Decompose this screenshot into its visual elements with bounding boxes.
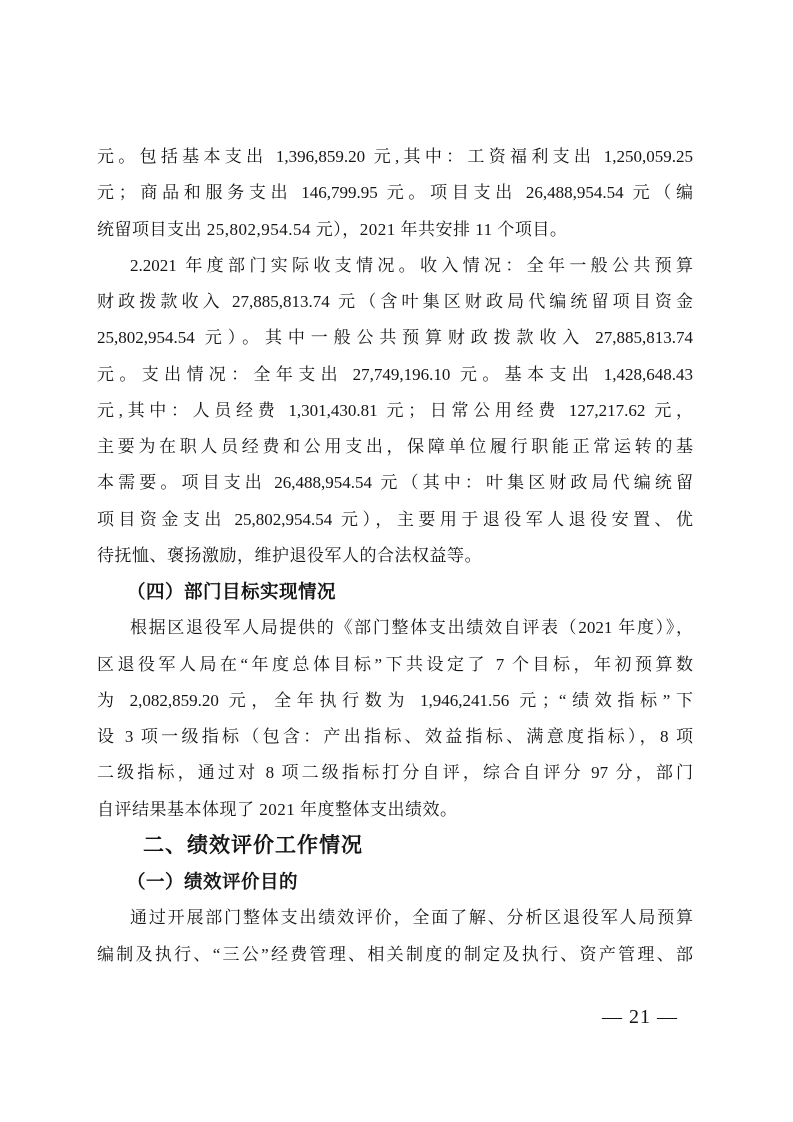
document-line: 待抚恤、褒扬激励，维护退役军人的合法权益等。 [97, 538, 693, 574]
subsection-heading: （四）部门目标实现情况 [97, 574, 693, 610]
document-line: 区退役军人局在“年度总体目标”下共设定了 7 个目标，年初预算数 [97, 647, 693, 683]
document-line: 主要为在职人员经费和公用支出，保障单位履行职能正常运转的基 [97, 429, 693, 465]
document-line: 元。支出情况：全年支出 27,749,196.10 元。基本支出 1,428,6… [97, 357, 693, 393]
document-line: 25,802,954.54 元）。其中一般公共预算财政拨款收入 27,885,8… [97, 320, 693, 356]
document-line: 元；商品和服务支出 146,799.95 元。项目支出 26,488,954.5… [97, 175, 693, 211]
document-line: 根据区退役军人局提供的《部门整体支出绩效自评表（2021 年度）》， [97, 610, 693, 646]
page-number: — 21 — [598, 1001, 682, 1033]
document-line: 元,其中：人员经费 1,301,430.81 元；日常公用经费 127,217.… [97, 393, 693, 429]
section-heading: 二、绩效评价工作情况 [97, 828, 693, 864]
document-line: 统留项目支出 25,802,954.54 元），2021 年共安排 11 个项目… [97, 212, 693, 248]
document-line: 本需要。项目支出 26,488,954.54 元（其中：叶集区财政局代编统留 [97, 465, 693, 501]
document-body: 元。包括基本支出 1,396,859.20 元,其中：工资福利支出 1,250,… [97, 139, 693, 973]
document-line: 通过开展部门整体支出绩效评价，全面了解、分析区退役军人局预算 [97, 900, 693, 936]
document-line: 2.2021 年度部门实际收支情况。收入情况：全年一般公共预算 [97, 248, 693, 284]
document-line: 财政拨款收入 27,885,813.74 元（含叶集区财政局代编统留项目资金 [97, 284, 693, 320]
document-line: 自评结果基本体现了 2021 年度整体支出绩效。 [97, 792, 693, 828]
document-page: 元。包括基本支出 1,396,859.20 元,其中：工资福利支出 1,250,… [0, 0, 793, 1122]
document-line: 二级指标，通过对 8 项二级指标打分自评，综合自评分 97 分，部门 [97, 755, 693, 791]
document-line: 项目资金支出 25,802,954.54 元），主要用于退役军人退役安置、优 [97, 502, 693, 538]
document-line: 元。包括基本支出 1,396,859.20 元,其中：工资福利支出 1,250,… [97, 139, 693, 175]
subsection-heading: （一）绩效评价目的 [97, 864, 693, 900]
document-line: 编制及执行、“三公”经费管理、相关制度的制定及执行、资产管理、部 [97, 937, 693, 973]
document-line: 设 3 项一级指标（包含：产出指标、效益指标、满意度指标），8 项 [97, 719, 693, 755]
document-line: 为 2,082,859.20 元，全年执行数为 1,946,241.56 元；“… [97, 683, 693, 719]
